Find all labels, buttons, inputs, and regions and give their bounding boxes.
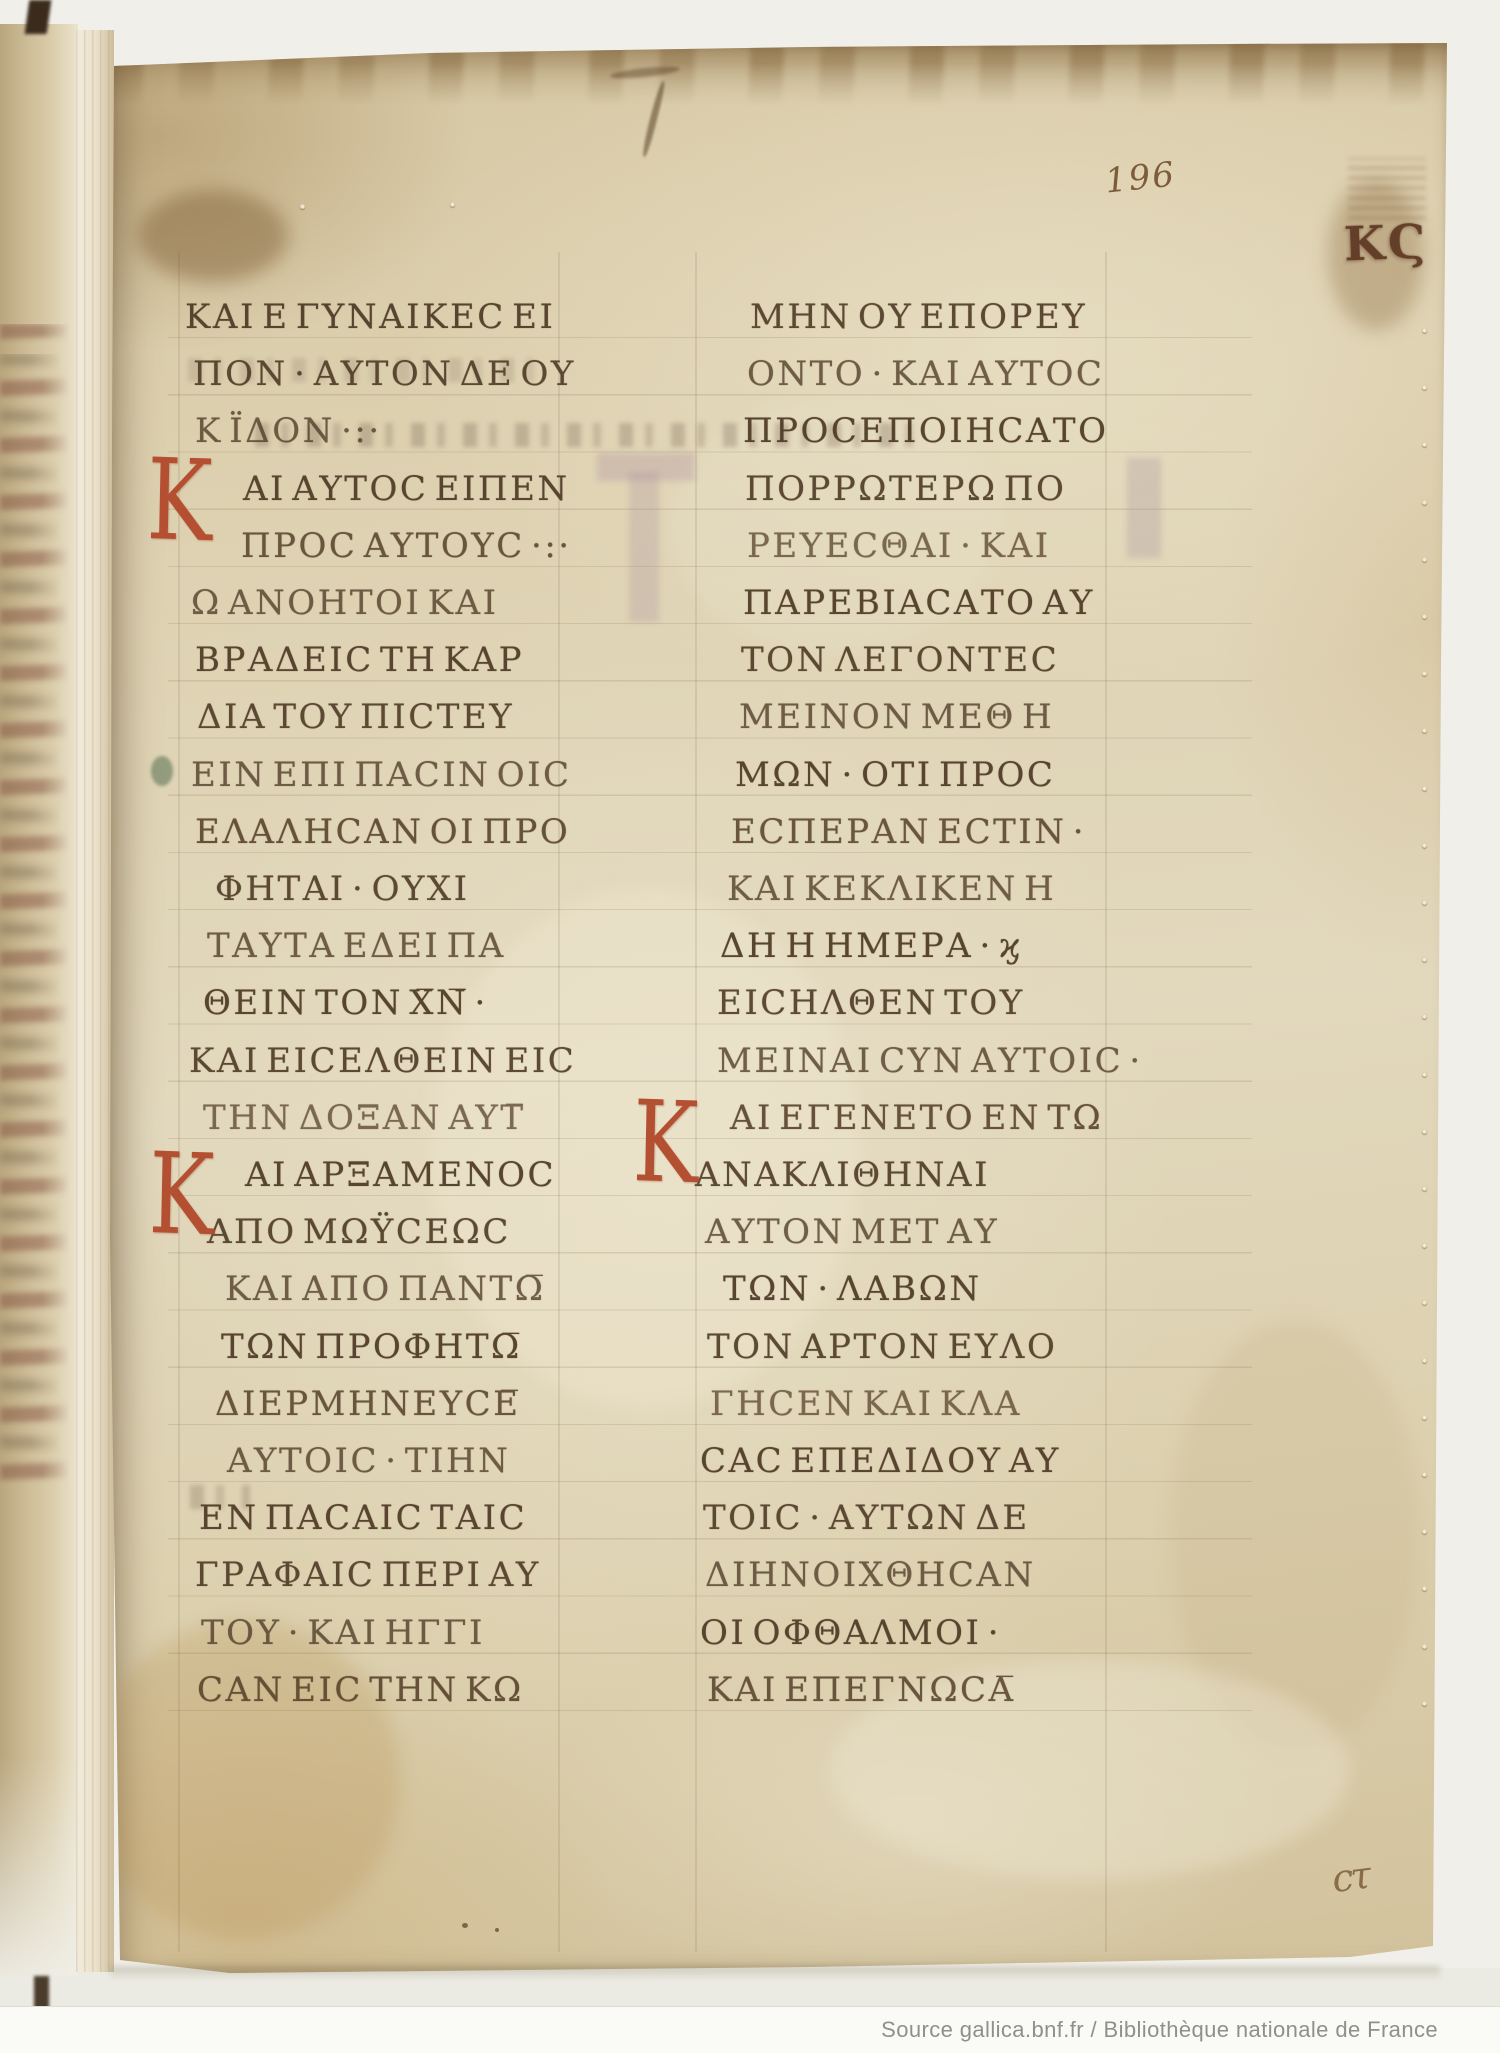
- prick-mark: [1422, 843, 1427, 848]
- prick-mark: [1422, 614, 1427, 619]
- manuscript-line: ΠΡΟϹΕΠΟΙΗϹΑΤΟ: [743, 414, 1108, 448]
- manuscript-line: ΑΥΤΟΙϹ · ΤΙΗΝ: [227, 1444, 510, 1478]
- photo-backdrop: ΚΑΙ Ε ΓΥΝΑΙΚΕϹ ΕΙΠΟΝ · ΑΥΤΟΝ ΔΕ ΟΥΚ ΪΔΟΝ…: [0, 0, 1500, 2053]
- manuscript-line: ΔΙΗΝΟΙΧΘΗϹΑΝ: [705, 1558, 1036, 1592]
- prick-mark: [1422, 1358, 1427, 1363]
- red-initial: Κ: [148, 1138, 216, 1252]
- manuscript-line: ΑΝΑΚΛΙΘΗΝΑΙ: [695, 1158, 990, 1192]
- manuscript-line: ΔΙΑ ΤΟΥ ΠΙϹΤΕΥ: [197, 700, 514, 734]
- prick-mark: [300, 204, 305, 209]
- showthrough-text-marks: [0, 354, 60, 1454]
- manuscript-line: ΑΙ ΑΥΤΟϹ ΕΙΠΕΝ: [243, 472, 570, 506]
- prick-mark: [1422, 1644, 1427, 1649]
- prick-mark: [1422, 500, 1427, 505]
- manuscript-line: ΚΑΙ Ε ΓΥΝΑΙΚΕϹ ΕΙ: [185, 300, 555, 334]
- manuscript-line: ΡΕΥΕϹΘΑΙ · ΚΑΙ: [747, 529, 1051, 563]
- manuscript-line: ΟΝΤΟ · ΚΑΙ ΑΥΤΟϹ: [747, 357, 1104, 391]
- source-bar-text: Source gallica.bnf.fr / Bibliothèque nat…: [881, 2017, 1438, 2043]
- manuscript-line: ΜΩΝ · ΟΤΙ ΠΡΟϹ: [735, 758, 1055, 792]
- prick-mark: [1422, 1129, 1427, 1134]
- manuscript-line: ΤΗΝ ΔΟΞΑΝ ΑΥΤ̅: [203, 1101, 526, 1135]
- manuscript-line: ΤΟΝ ΛΕΓΟΝΤΕϹ: [741, 643, 1059, 677]
- quire-mark: ΚϚ: [1343, 215, 1429, 273]
- source-bar: Source gallica.bnf.fr / Bibliothèque nat…: [0, 2006, 1500, 2053]
- manuscript-line: ΒΡΑΔΕΙϹ ΤΗ ΚΑΡ: [195, 643, 524, 677]
- manuscript-line: ΤΟΥ · ΚΑΙ ΗΓΓΙ: [201, 1616, 485, 1650]
- manuscript-line: ΚΑΙ ΑΠΟ ΠΑΝΤΩ̅: [225, 1272, 545, 1306]
- manuscript-line: ΔΗ Η ΗΜΕΡΑ · ϗ: [720, 929, 1023, 963]
- prick-mark: [1422, 1415, 1427, 1420]
- manuscript-line: ΚΑΙ ΕΙϹΕΛΘΕΙΝ ΕΙϹ: [189, 1044, 576, 1078]
- manuscript-line: ΑΠΟ ΜΩΫϹΕΩϹ: [207, 1215, 511, 1249]
- corner-annotation: ϲτ: [1329, 1853, 1370, 1901]
- manuscript-line: ΔΙΕΡΜΗΝΕΥϹΕ̅: [215, 1387, 521, 1421]
- manuscript-line: ΘΕΙΝ ΤΟΝ Χ̅Ν̅ ·: [203, 986, 488, 1020]
- manuscript-line: ΕϹΠΕΡΑΝ ΕϹΤΙΝ ·: [731, 815, 1086, 849]
- prick-mark: [1422, 557, 1427, 562]
- manuscript-line: ΤΑΥΤΑ ΕΔΕΙ ΠΑ: [207, 929, 506, 963]
- prick-mark: [1422, 1186, 1427, 1191]
- manuscript-line: ϹΑϹ ΕΠΕΔΙΔΟΥ ΑΥ: [700, 1444, 1061, 1478]
- manuscript-line: ΠΑΡΕΒΙΑϹΑΤΟ ΑΥ: [743, 586, 1095, 620]
- manuscript-line: ΓΗϹΕΝ ΚΑΙ ΚΛΑ: [710, 1387, 1022, 1421]
- manuscript-line: ΜΕΙΝΑΙ ϹΥΝ ΑΥΤΟΙϹ ·: [717, 1044, 1143, 1078]
- prick-mark: [450, 202, 455, 207]
- manuscript-line: ΜΕΙΝΟΝ ΜΕΘ Η: [739, 700, 1054, 734]
- manuscript-line: ΠΟΡΡΩΤΕΡΩ ΠΟ: [745, 472, 1066, 506]
- manuscript-line: ΕΙϹΗΛΘΕΝ ΤΟΥ: [717, 986, 1025, 1020]
- prick-mark: [1422, 786, 1427, 791]
- manuscript-line: ϹΑΝ ΕΙϹ ΤΗΝ ΚΩ: [197, 1673, 524, 1707]
- manuscript-line: ΤΟΙϹ · ΑΥΤΩΝ ΔΕ: [703, 1501, 1030, 1535]
- prick-mark: [1422, 900, 1427, 905]
- manuscript-line: ΑΥΤΟΝ ΜΕΤ ΑΥ: [705, 1215, 999, 1249]
- previous-page-edge: [0, 24, 78, 1976]
- prick-mark: [1422, 1472, 1427, 1477]
- folio-number: 196: [1103, 154, 1178, 201]
- prick-mark: [1422, 328, 1427, 333]
- manuscript-line: ΜΗΝ ΟΥ ΕΠΟΡΕΥ: [750, 300, 1087, 334]
- manuscript-line: ΦΗΤΑΙ · ΟΥΧΙ: [215, 872, 470, 906]
- manuscript-line: ΟΙ ΟΦΘΑΛΜΟΙ ·: [700, 1616, 1001, 1650]
- manuscript-line: Κ ΪΔΟΝ ·:·: [195, 414, 382, 448]
- manuscript-line: ΤΩΝ · ΛΑΒΩΝ: [723, 1272, 982, 1306]
- manuscript-line: ΑΙ ΕΓΕΝΕΤΟ ΕΝ ΤΩ: [730, 1101, 1103, 1135]
- red-initial: Κ: [632, 1086, 700, 1200]
- manuscript-line: ΑΙ ΑΡΞΑΜΕΝΟϹ: [245, 1158, 556, 1192]
- text-block: ΚΑΙ Ε ΓΥΝΑΙΚΕϹ ΕΙΠΟΝ · ΑΥΤΟΝ ΔΕ ΟΥΚ ΪΔΟΝ…: [110, 40, 1450, 1974]
- manuscript-line: ΕΙΝ ΕΠΙ ΠΑϹΙΝ ΟΙϹ: [191, 758, 572, 792]
- manuscript-line: ΓΡΑΦΑΙϹ ΠΕΡΙ ΑΥ: [195, 1558, 541, 1592]
- leaf-fore-edge: [76, 30, 114, 1972]
- manuscript-line: ΠΡΟϹ ΑΥΤΟΥϹ ·:·: [241, 529, 572, 563]
- manuscript-page: ΚΑΙ Ε ΓΥΝΑΙΚΕϹ ΕΙΠΟΝ · ΑΥΤΟΝ ΔΕ ΟΥΚ ΪΔΟΝ…: [110, 40, 1450, 1974]
- prick-mark: [1422, 1701, 1427, 1706]
- manuscript-line: ΚΑΙ ΕΠΕΓΝΩϹΑ̅: [707, 1673, 1016, 1707]
- manuscript-line: ΕΝ ΠΑϹΑΙϹ ΤΑΙϹ: [199, 1501, 527, 1535]
- red-initial: Κ: [146, 444, 214, 558]
- prick-mark: [1422, 1072, 1427, 1077]
- manuscript-line: ΠΟΝ · ΑΥΤΟΝ ΔΕ ΟΥ: [193, 357, 576, 391]
- manuscript-line: ΤΩΝ ΠΡΟΦΗΤΩ̅: [221, 1330, 522, 1364]
- manuscript-line: Ω ΑΝΟΗΤΟΙ ΚΑΙ: [191, 586, 499, 620]
- manuscript-line: ΚΑΙ ΚΕΚΛΙΚΕΝ Η: [727, 872, 1056, 906]
- manuscript-line: ΕΛΑΛΗϹΑΝ ΟΙ ΠΡΟ: [195, 815, 570, 849]
- manuscript-line: ΤΟΝ ΑΡΤΟΝ ΕΥΛΟ: [707, 1330, 1057, 1364]
- page-drop-shadow: [110, 1966, 1440, 1980]
